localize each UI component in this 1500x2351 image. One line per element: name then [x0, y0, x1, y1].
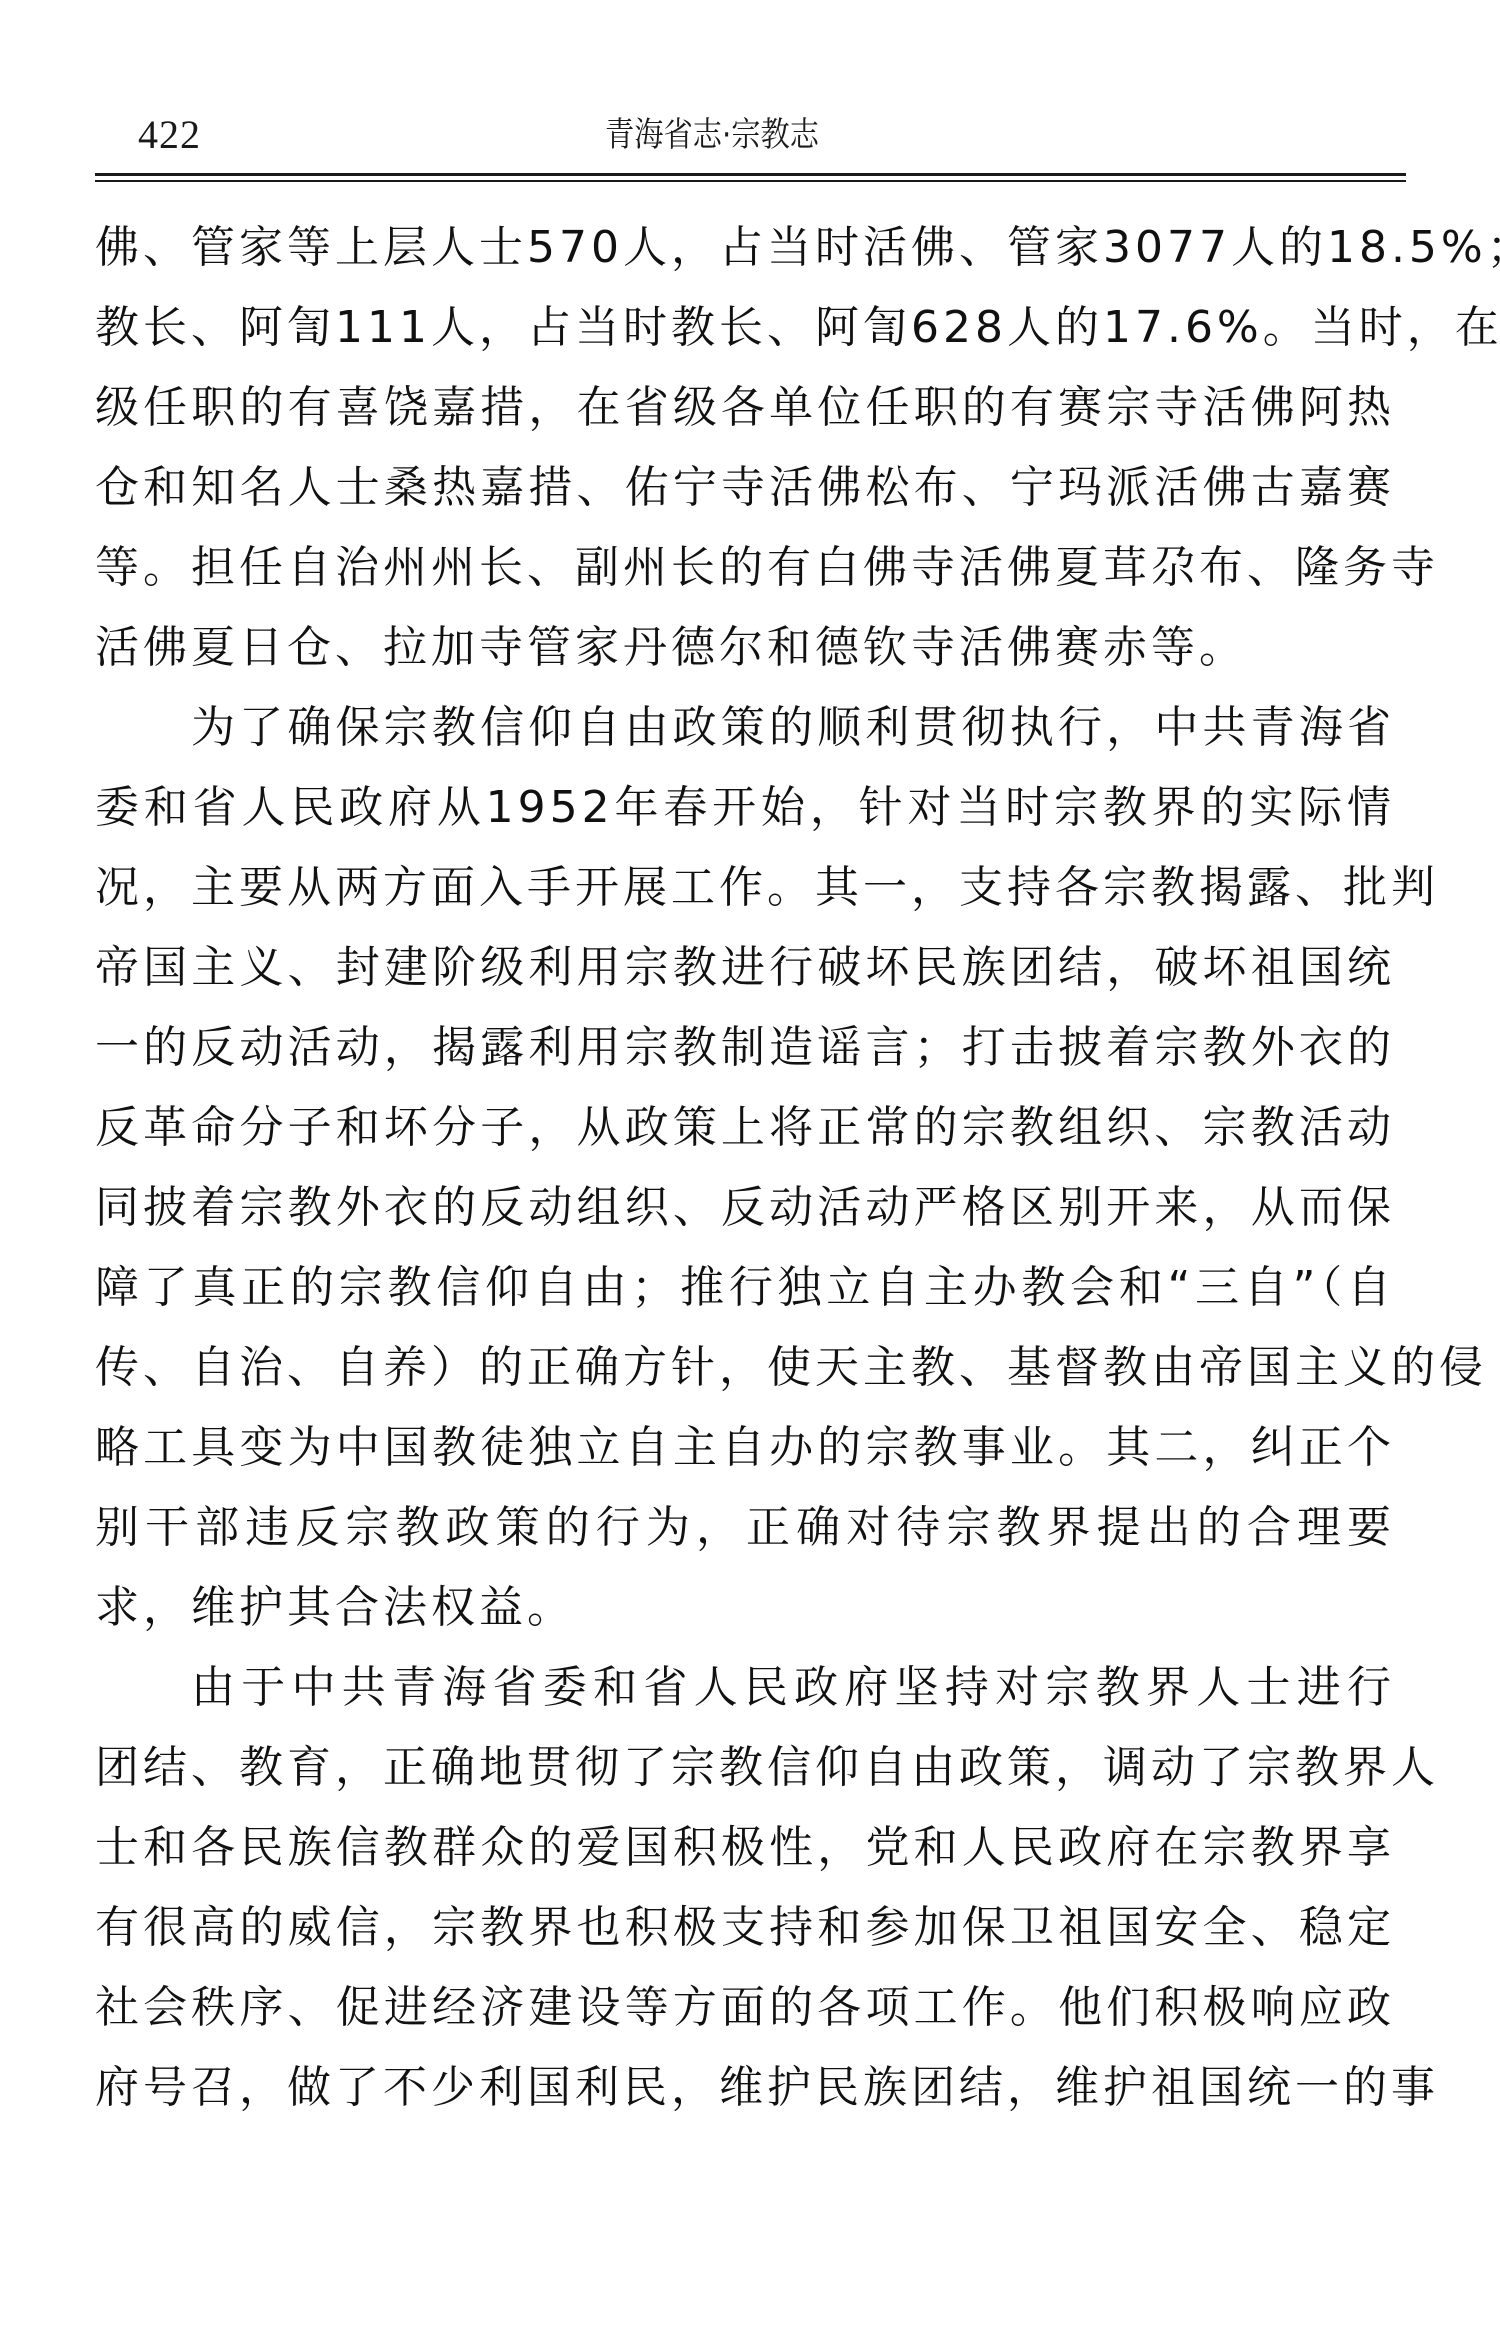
running-title: 青海省志·宗教志: [605, 113, 854, 157]
text-line: 教长、阿訇111人，占当时教长、阿訇628人的17.6%。当时，在省: [95, 288, 1395, 368]
text-line: 仓和知名人士桑热嘉措、佑宁寺活佛松布、宁玛派活佛古嘉赛: [95, 448, 1395, 528]
paragraph-first-line: 为了确保宗教信仰自由政策的顺利贯彻执行，中共青海省: [95, 688, 1395, 768]
text-line: 社会秩序、促进经济建设等方面的各项工作。他们积极响应政: [95, 1968, 1395, 2048]
text-line: 别干部违反宗教政策的行为，正确对待宗教界提出的合理要: [95, 1488, 1395, 1568]
text-line: 委和省人民政府从1952年春开始，针对当时宗教界的实际情: [95, 768, 1395, 848]
body-text: 佛、管家等上层人士570人，占当时活佛、管家3077人的18.5%；教长、阿訇1…: [95, 208, 1395, 2128]
text-line: 级任职的有喜饶嘉措，在省级各单位任职的有赛宗寺活佛阿热: [95, 368, 1395, 448]
text-line: 反革命分子和坏分子，从政策上将正常的宗教组织、宗教活动: [95, 1088, 1395, 1168]
text-line: 况，主要从两方面入手开展工作。其一，支持各宗教揭露、批判: [95, 848, 1395, 928]
text-line: 士和各民族信教群众的爱国积极性，党和人民政府在宗教界享: [95, 1808, 1395, 1888]
text-line: 等。担任自治州州长、副州长的有白佛寺活佛夏茸尕布、隆务寺: [95, 528, 1395, 608]
text-line: 帝国主义、封建阶级利用宗教进行破坏民族团结，破坏祖国统: [95, 928, 1395, 1008]
text-line: 略工具变为中国教徒独立自主自办的宗教事业。其二，纠正个: [95, 1408, 1395, 1488]
text-line: 传、自治、自养）的正确方针，使天主教、基督教由帝国主义的侵: [95, 1328, 1395, 1408]
text-line: 团结、教育，正确地贯彻了宗教信仰自由政策，调动了宗教界人: [95, 1728, 1395, 1808]
page-header: 422 青海省志·宗教志: [0, 0, 1500, 190]
text-line: 府号召，做了不少利国利民，维护民族团结，维护祖国统一的事: [95, 2048, 1395, 2128]
paragraph-first-line: 由于中共青海省委和省人民政府坚持对宗教界人士进行: [95, 1648, 1395, 1728]
text-line: 同披着宗教外衣的反动组织、反动活动严格区别开来，从而保: [95, 1168, 1395, 1248]
text-line: 障了真正的宗教信仰自由；推行独立自主办教会和“三自”（自: [95, 1248, 1395, 1328]
text-line: 求，维护其合法权益。: [95, 1568, 1395, 1648]
text-line: 有很高的威信，宗教界也积极支持和参加保卫祖国安全、稳定: [95, 1888, 1395, 1968]
header-rule-thin: [95, 180, 1406, 182]
text-line: 佛、管家等上层人士570人，占当时活佛、管家3077人的18.5%；: [95, 208, 1395, 288]
header-rule-thick: [95, 173, 1406, 176]
page-number: 422: [138, 113, 201, 157]
text-line: 一的反动活动，揭露利用宗教制造谣言；打击披着宗教外衣的: [95, 1008, 1395, 1088]
text-line: 活佛夏日仓、拉加寺管家丹德尔和德钦寺活佛赛赤等。: [95, 608, 1395, 688]
